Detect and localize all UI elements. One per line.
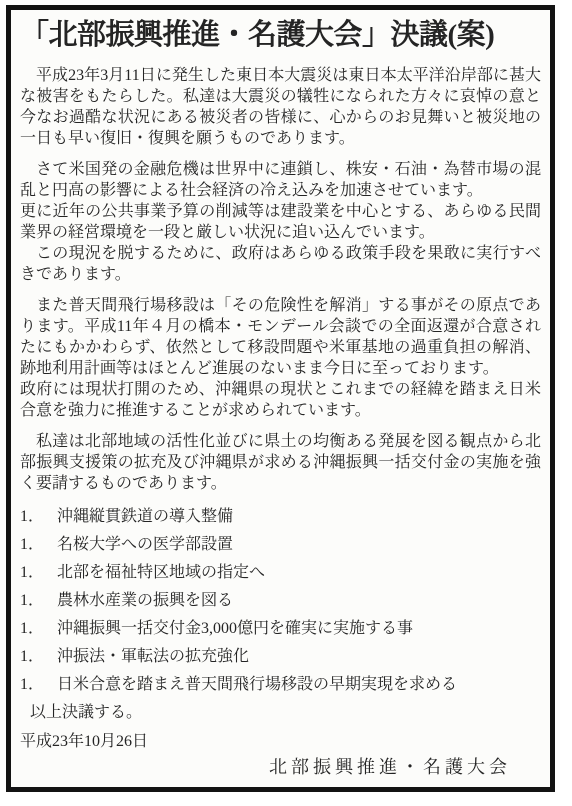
resolution-item-welfare-zone: 1． 北部を福祉特区地域の指定へ — [20, 562, 541, 583]
resolution-item-lump-sum-grant: 1． 沖縄振興一括交付金3,000億円を確実に実施する事 — [20, 618, 541, 639]
resolution-item-marker: 1． — [20, 534, 44, 555]
resolution-item-marker: 1． — [20, 590, 44, 611]
document-date: 平成23年10月26日 — [20, 731, 541, 752]
paragraph-public-works-cuts: 更に近年の公共事業予算の削減等は建設業を中心とする、あらゆる民間業界の経営環境を… — [20, 201, 541, 243]
paragraph-northern-promotion: 私達は北部地域の活性化並びに県土の均衡ある発展を図る観点から北部振興支援策の拡充… — [20, 431, 541, 494]
resolution-item-text: 沖振法・軍転法の拡充強化 — [57, 646, 249, 667]
paragraph-disaster-condolence: 平成23年3月11日に発生した東日本大震災は東日本太平洋沿岸部に甚大な被害をもた… — [20, 65, 541, 149]
resolution-item-early-relocation: 1． 日米合意を踏まえ普天間飛行場移設の早期実現を求める — [20, 674, 541, 695]
scanned-document-page: 「北部振興推進・名護大会」決議(案) 平成23年3月11日に発生した東日本大震災… — [0, 0, 572, 806]
resolution-item-text: 北部を福祉特区地域の指定へ — [57, 562, 265, 583]
resolution-list: 1． 沖縄縦貫鉄道の導入整備 1． 名桜大学への医学部設置 1． 北部を福祉特区… — [20, 506, 541, 695]
resolution-item-text: 農林水産業の振興を図る — [57, 590, 233, 611]
resolution-item-text: 沖縄振興一括交付金3,000億円を確実に実施する事 — [57, 618, 413, 639]
document-border-frame: 「北部振興推進・名護大会」決議(案) 平成23年3月11日に発生した東日本大震災… — [6, 5, 555, 792]
resolution-item-text: 沖縄縦貫鉄道の導入整備 — [57, 506, 233, 527]
resolution-item-text: 日米合意を踏まえ普天間飛行場移設の早期実現を求める — [57, 674, 457, 695]
resolution-item-marker: 1． — [20, 506, 44, 527]
signature-organization: 北部振興推進・名護大会 — [20, 756, 511, 778]
resolution-item-agriculture: 1． 農林水産業の振興を図る — [20, 590, 541, 611]
resolution-item-railway: 1． 沖縄縦貫鉄道の導入整備 — [20, 506, 541, 527]
resolution-item-marker: 1． — [20, 618, 44, 639]
paragraph-policy-demand: この現況を脱するために、政府はあらゆる政策手段を果敢に実行すべきであります。 — [20, 243, 541, 285]
resolution-item-text: 名桜大学への医学部設置 — [57, 534, 233, 555]
paragraph-financial-crisis: さて米国発の金融危機は世界中に連鎖し、株安・石油・為替市場の混乱と円高の影響によ… — [20, 159, 541, 201]
paragraph-futenma-relocation: また普天間飛行場移設は「その危険性を解消」する事がその原点であります。平成11年… — [20, 295, 541, 379]
resolution-item-marker: 1． — [20, 562, 44, 583]
resolution-item-medical-school: 1． 名桜大学への医学部設置 — [20, 534, 541, 555]
resolution-item-law-expansion: 1． 沖振法・軍転法の拡充強化 — [20, 646, 541, 667]
paragraph-government-push: 政府には現状打開のため、沖縄県の現状とこれまでの経緯を踏まえ日米合意を強力に推進… — [20, 379, 541, 421]
document-title: 「北部振興推進・名護大会」決議(案) — [20, 15, 541, 55]
resolution-item-marker: 1． — [20, 646, 44, 667]
closing-statement: 以上決議する。 — [30, 702, 541, 723]
resolution-item-marker: 1． — [20, 674, 44, 695]
